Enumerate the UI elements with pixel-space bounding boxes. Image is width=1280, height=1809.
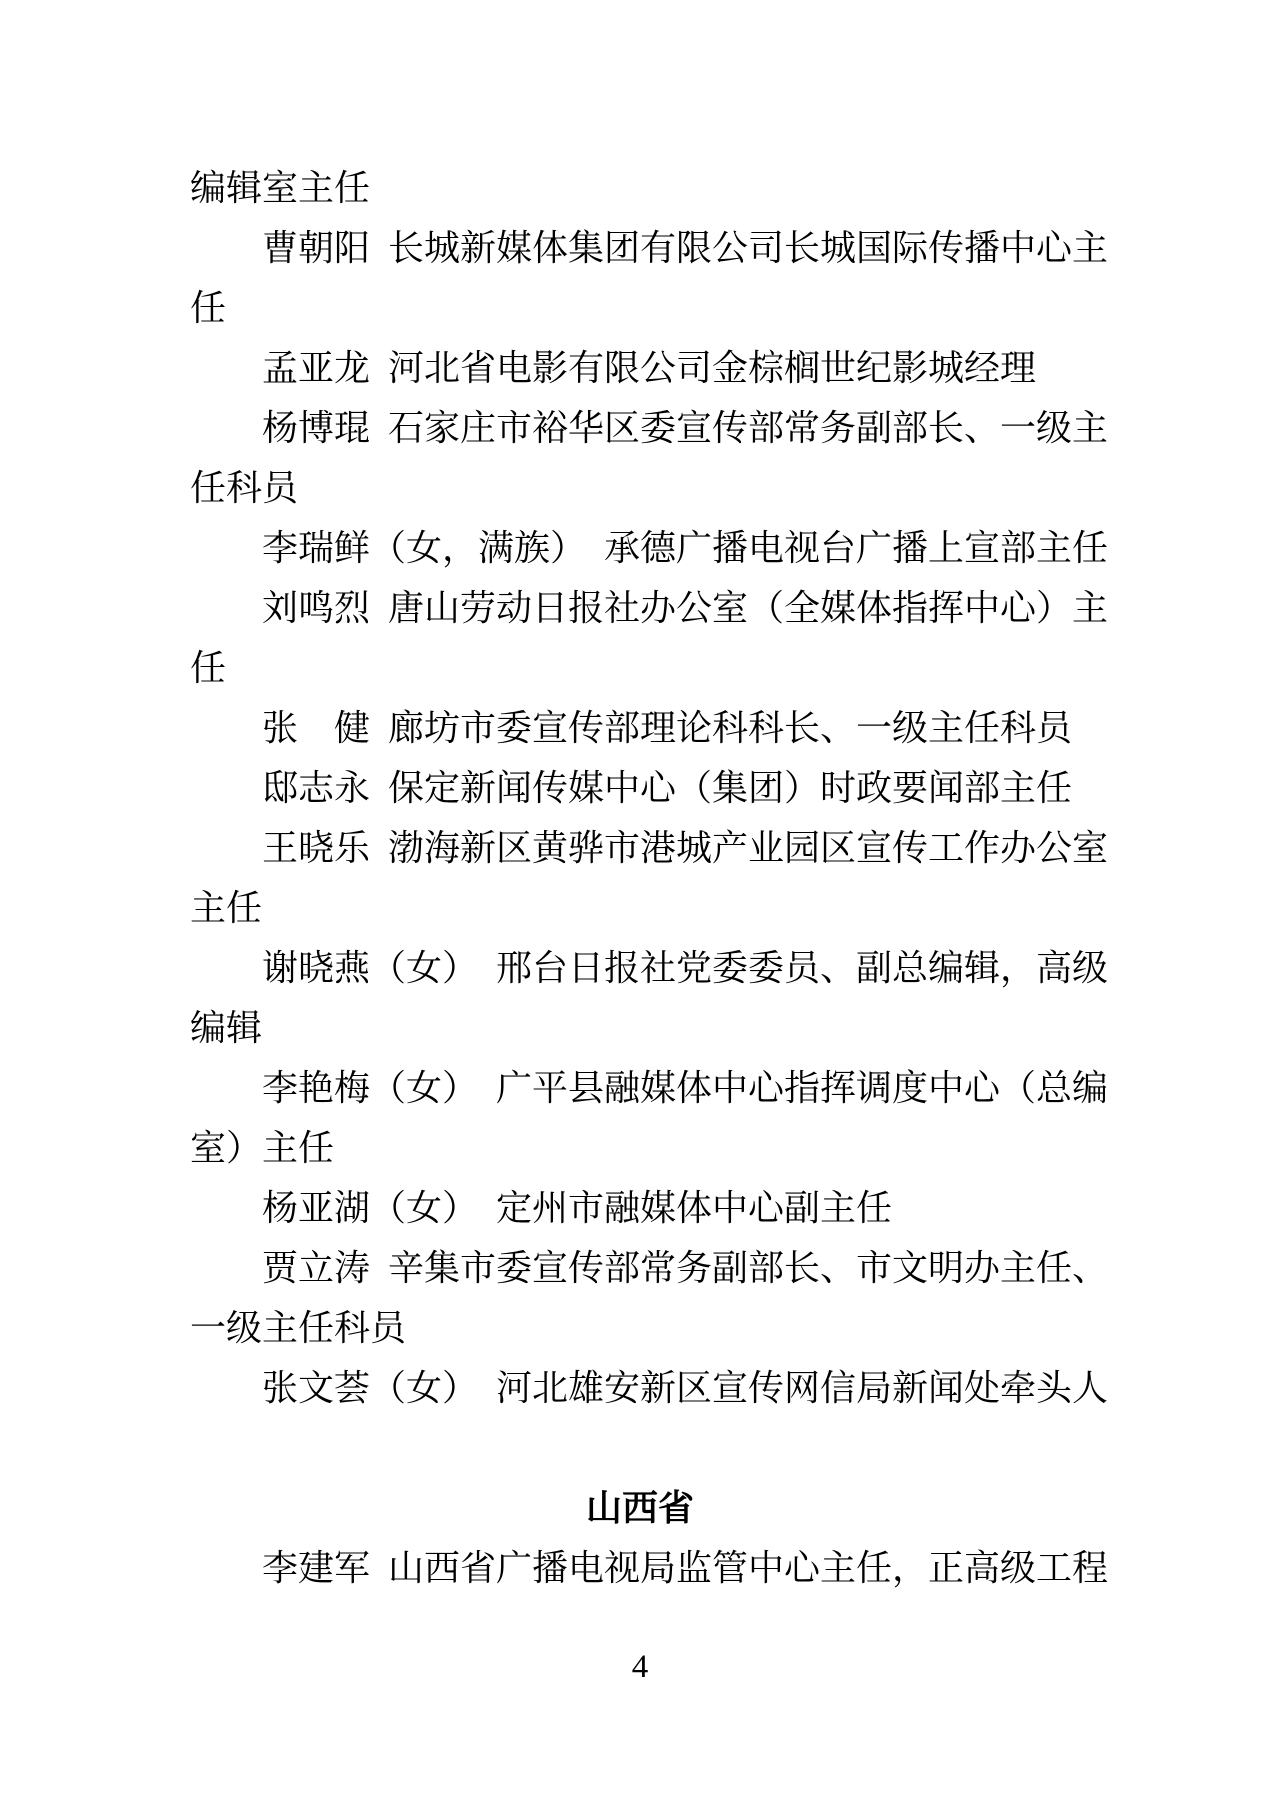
text-line: 任 bbox=[190, 278, 1120, 338]
text-line: 编辑室主任 bbox=[190, 158, 1120, 218]
text-line: 室）主任 bbox=[190, 1118, 1120, 1178]
text-line: 王晓乐 渤海新区黄骅市港城产业园区宣传工作办公室 bbox=[190, 818, 1120, 878]
text-line: 李瑞鲜（女，满族） 承德广播电视台广播上宣部主任 bbox=[190, 518, 1120, 578]
text-line: 李建军 山西省广播电视局监管中心主任，正高级工程 bbox=[190, 1538, 1120, 1598]
section-heading: 山西省 bbox=[0, 1478, 1280, 1538]
text-line: 一级主任科员 bbox=[190, 1298, 1120, 1358]
text-line: 任 bbox=[190, 638, 1120, 698]
text-line: 刘鸣烈 唐山劳动日报社办公室（全媒体指挥中心）主 bbox=[190, 578, 1120, 638]
body-text: 编辑室主任 曹朝阳 长城新媒体集团有限公司长城国际传播中心主 任 孟亚龙 河北省… bbox=[190, 158, 1120, 1598]
document-page: 编辑室主任 曹朝阳 长城新媒体集团有限公司长城国际传播中心主 任 孟亚龙 河北省… bbox=[0, 0, 1280, 1809]
text-line: 杨亚湖（女） 定州市融媒体中心副主任 bbox=[190, 1178, 1120, 1238]
blank-line bbox=[190, 1418, 1120, 1478]
text-line: 主任 bbox=[190, 878, 1120, 938]
text-line: 曹朝阳 长城新媒体集团有限公司长城国际传播中心主 bbox=[190, 218, 1120, 278]
text-line: 孟亚龙 河北省电影有限公司金棕榈世纪影城经理 bbox=[190, 338, 1120, 398]
text-line: 谢晓燕（女） 邢台日报社党委委员、副总编辑，高级 bbox=[190, 938, 1120, 998]
text-line: 李艳梅（女） 广平县融媒体中心指挥调度中心（总编 bbox=[190, 1058, 1120, 1118]
text-line: 贾立涛 辛集市委宣传部常务副部长、市文明办主任、 bbox=[190, 1238, 1120, 1298]
text-line: 任科员 bbox=[190, 458, 1120, 518]
text-line: 邸志永 保定新闻传媒中心（集团）时政要闻部主任 bbox=[190, 758, 1120, 818]
text-line: 编辑 bbox=[190, 998, 1120, 1058]
text-line: 杨博琨 石家庄市裕华区委宣传部常务副部长、一级主 bbox=[190, 398, 1120, 458]
page-number: 4 bbox=[0, 1648, 1280, 1686]
text-line: 张 健 廊坊市委宣传部理论科科长、一级主任科员 bbox=[190, 698, 1120, 758]
text-line: 张文荟（女） 河北雄安新区宣传网信局新闻处牵头人 bbox=[190, 1358, 1120, 1418]
